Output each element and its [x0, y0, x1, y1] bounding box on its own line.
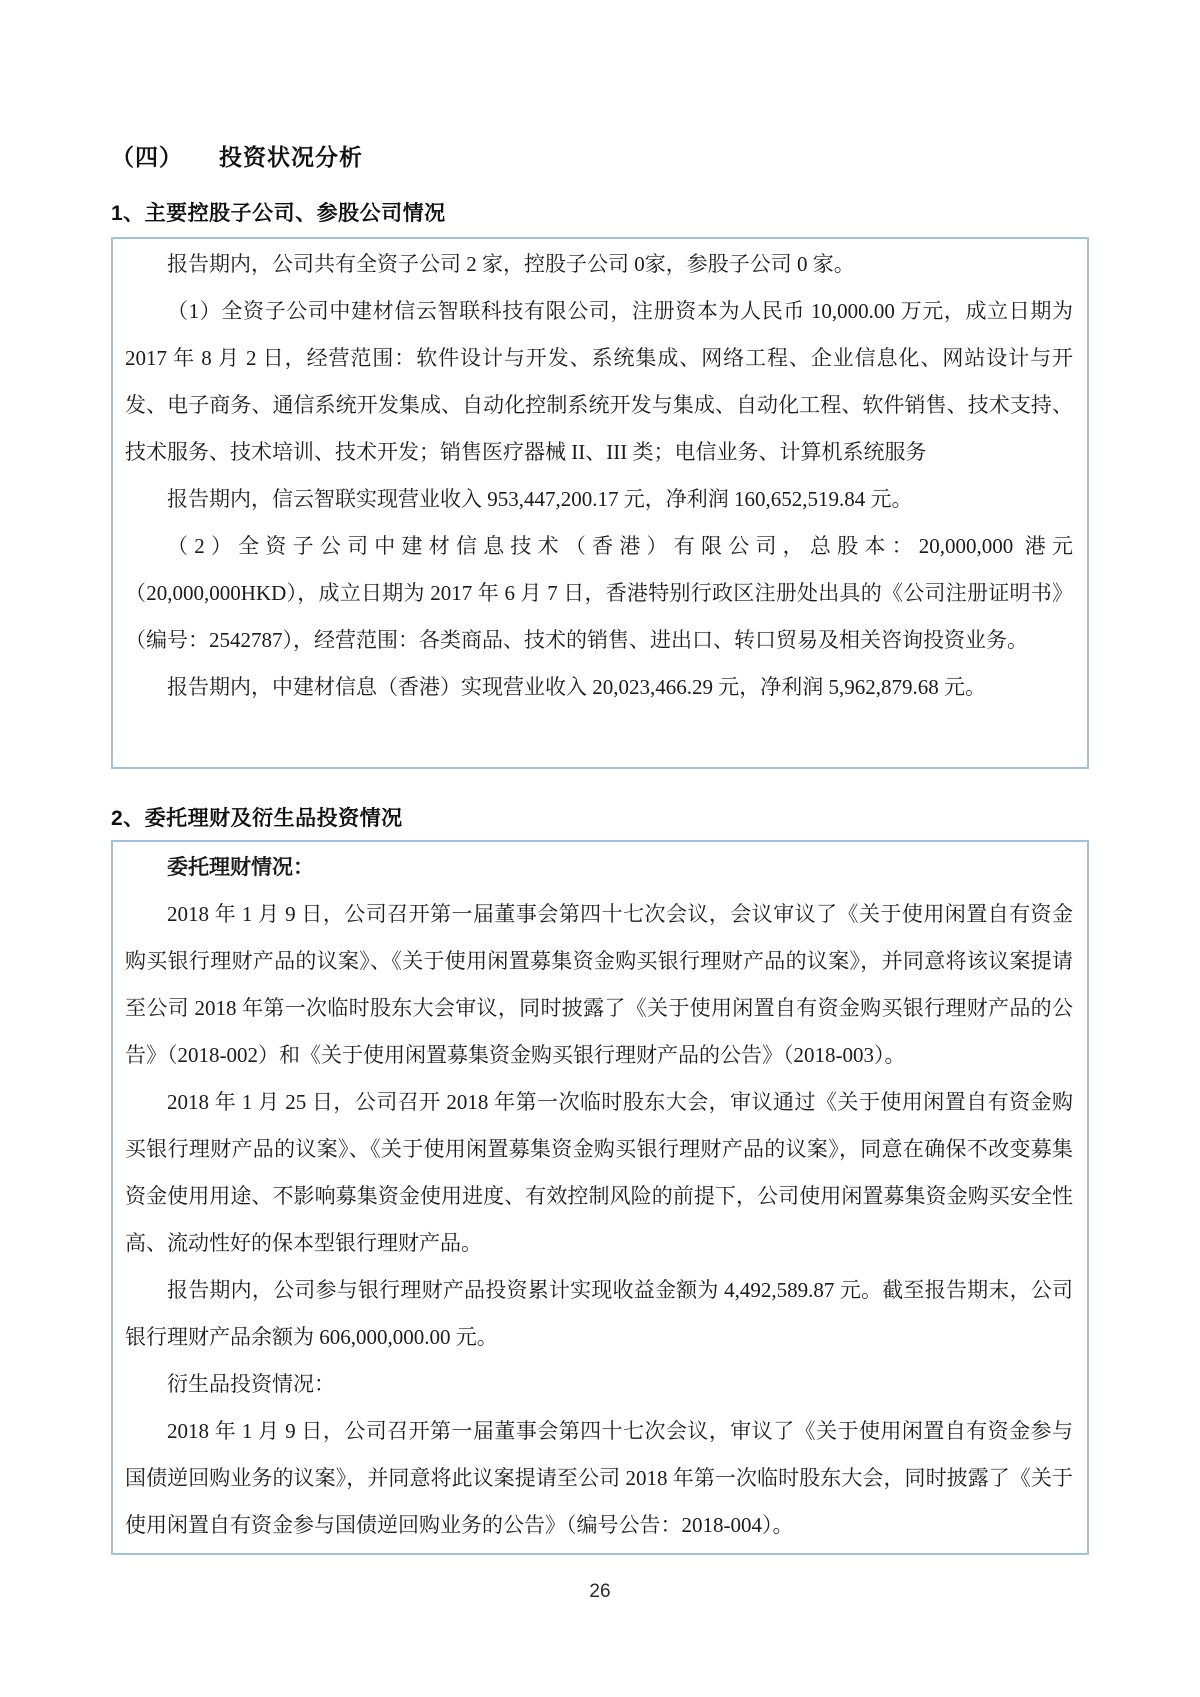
wealth-management-box: 委托理财情况： 2018 年 1 月 9 日，公司召开第一届董事会第四十七次会议… [111, 840, 1089, 1555]
wealth-management-subtitle: 委托理财情况： [125, 844, 1073, 891]
paragraph: 报告期内，公司共有全资子公司 2 家，控股子公司 0家，参股子公司 0 家。 [125, 241, 1073, 288]
paragraph: （1）全资子公司中建材信云智联科技有限公司，注册资本为人民币 10,000.00… [125, 288, 1073, 476]
page-number: 26 [111, 1581, 1089, 1603]
subsidiaries-info-box: 报告期内，公司共有全资子公司 2 家，控股子公司 0家，参股子公司 0 家。 （… [111, 237, 1089, 769]
subsection-1-heading: 1、主要控股子公司、参股公司情况 [111, 197, 1089, 227]
subsection-2-heading: 2、委托理财及衍生品投资情况 [111, 802, 1089, 832]
paragraph: 报告期内，公司参与银行理财产品投资累计实现收益金额为 4,492,589.87 … [125, 1267, 1073, 1361]
main-section-title: 投资状况分析 [219, 144, 363, 170]
main-section-index: （四） [111, 139, 183, 172]
main-section-heading: （四）投资状况分析 [111, 0, 1089, 172]
paragraph: 2018 年 1 月 9 日，公司召开第一届董事会第四十七次会议，会议审议了《关… [125, 891, 1073, 1079]
paragraph: 2018 年 1 月 9 日，公司召开第一届董事会第四十七次会议，审议了《关于使… [125, 1408, 1073, 1549]
paragraph: 报告期内，信云智联实现营业收入 953,447,200.17 元，净利润 160… [125, 476, 1073, 523]
document-page: （四）投资状况分析 1、主要控股子公司、参股公司情况 报告期内，公司共有全资子公… [0, 0, 1200, 1697]
paragraph: 报告期内，中建材信息（香港）实现营业收入 20,023,466.29 元，净利润… [125, 664, 1073, 711]
paragraph: （2）全资子公司中建材信息技术（香港）有限公司，总股本：20,000,000 港… [125, 523, 1073, 664]
paragraph: 2018 年 1 月 25 日，公司召开 2018 年第一次临时股东大会，审议通… [125, 1079, 1073, 1267]
derivatives-subtitle: 衍生品投资情况： [125, 1361, 1073, 1408]
